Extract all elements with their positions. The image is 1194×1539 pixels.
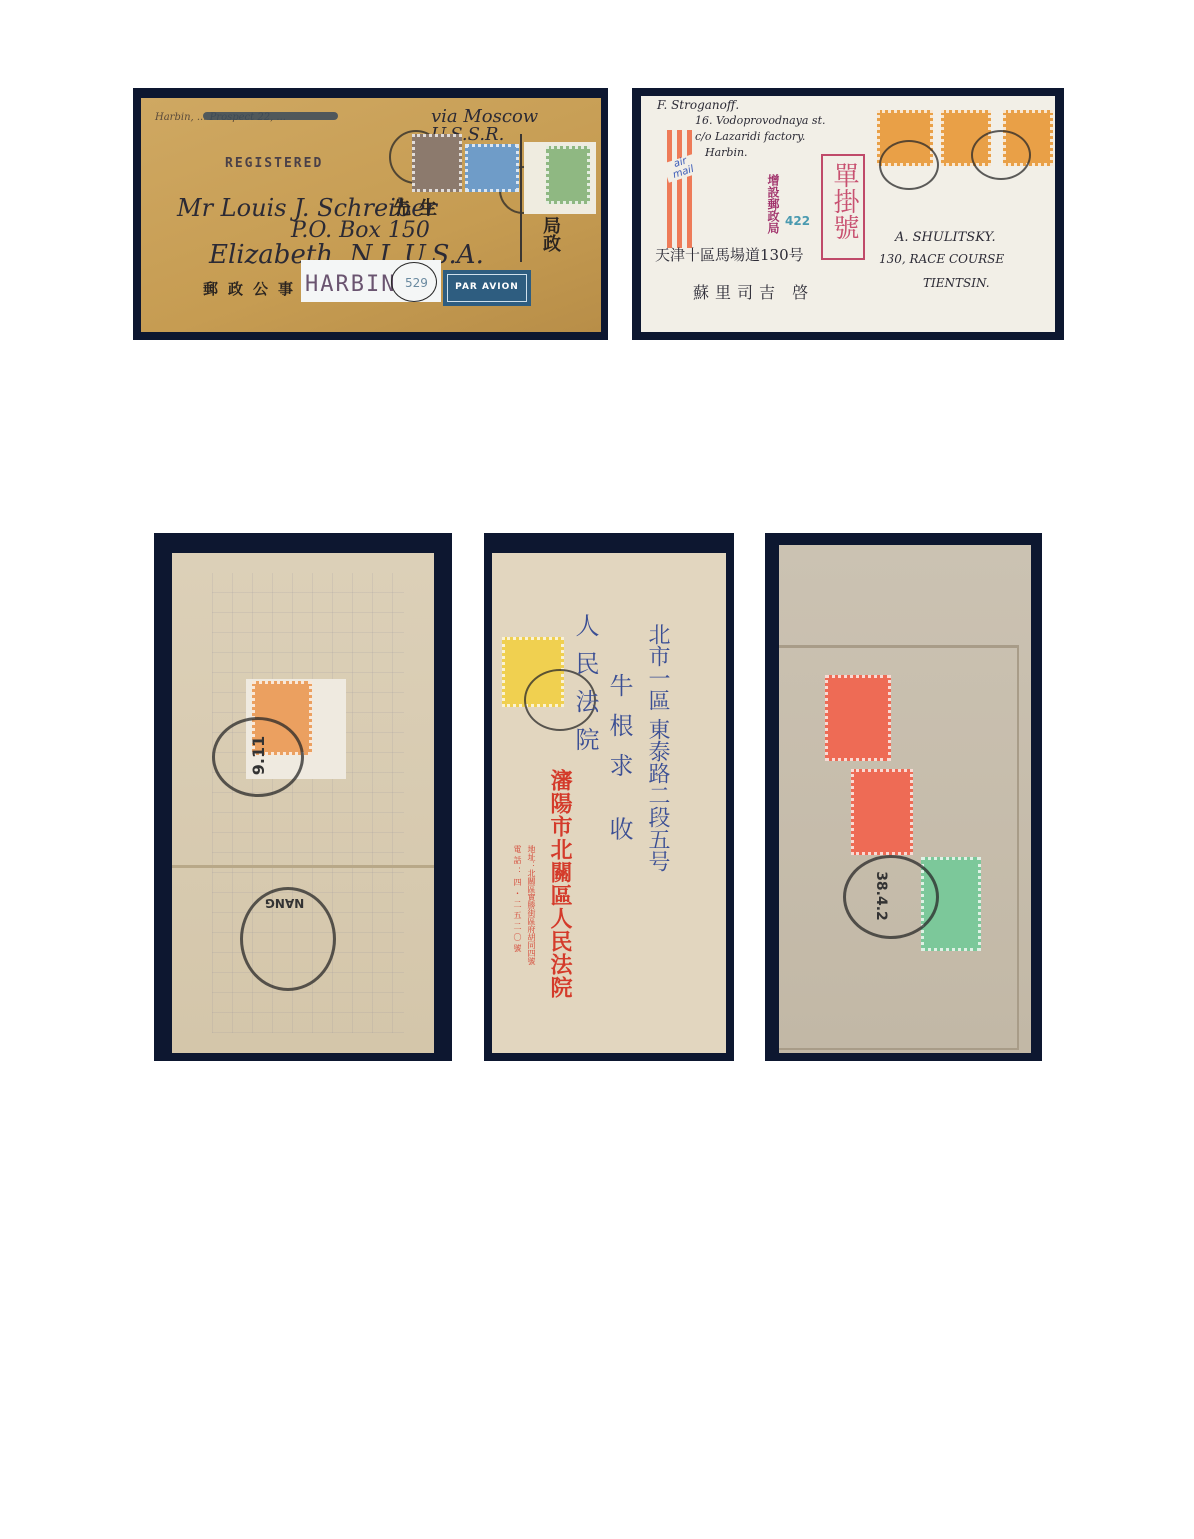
shenyang-court-cover: 北市一區 東泰路二段五号 人民法院 牛根求 收 瀋陽市北關區人民法院 地址：北關… <box>492 553 726 1053</box>
postmark-upper-date: 9.11 <box>249 736 268 775</box>
cover-harbin-to-tientsin: F. Stroganoff. 16. Vodoprovodnaya st. c/… <box>641 96 1055 332</box>
printed-title-cjk: 瀋陽市北關區人民法院 <box>544 769 575 999</box>
post-office-cjk: 局政 <box>537 216 563 252</box>
stamp-blue-landscape <box>465 144 519 192</box>
violet-mark-cjk: 增設郵政局 <box>765 174 782 234</box>
red-box-cjk: 單掛號 <box>829 162 859 240</box>
cjk-name: 蘇里司吉 啓 <box>693 280 814 303</box>
fold-line <box>172 865 434 868</box>
handwritten-cjk-center: 牛根求 收 <box>602 673 637 857</box>
handwritten-cjk-right: 北市一區 東泰路二段五号 <box>642 623 672 943</box>
stamp-brown-portrait <box>412 134 462 192</box>
postmark: 38.4.2 <box>843 855 939 939</box>
printed-phone-cjk: 電話：四・二五二〇號 <box>512 845 523 955</box>
airmail-stripes <box>667 130 693 248</box>
postmark-lower: NANG <box>240 887 336 991</box>
red-box-mark: 單掛號 <box>821 154 865 260</box>
cjk-address: 天津十區馬場道130号 <box>655 244 804 265</box>
handwritten-cjk-left: 人民法院 <box>568 613 603 765</box>
stamp-red-portrait-2 <box>851 769 913 855</box>
teal-number: 422 <box>785 214 810 228</box>
cover-frame-5: 38.4.2 <box>765 533 1042 1061</box>
registered-mark: REGISTERED <box>225 156 323 171</box>
sender-line-1: F. Stroganoff. <box>657 98 739 112</box>
postmark-lower-text: NANG <box>265 896 304 910</box>
addressee-line-2: 130, RACE COURSE <box>879 252 1004 266</box>
cover-frame-4: 北市一區 東泰路二段五号 人民法院 牛根求 收 瀋陽市北關區人民法院 地址：北關… <box>484 533 734 1061</box>
postmark <box>971 130 1031 180</box>
postmark-date: 38.4.2 <box>873 871 889 921</box>
sender-line-4: Harbin. <box>705 146 748 159</box>
stamp-red-portrait-1 <box>825 675 891 761</box>
cover-harbin-to-usa: Harbin, ... Prospect 22, ... via Moscow … <box>141 98 601 332</box>
folded-letter-red-green: 38.4.2 <box>779 545 1031 1053</box>
postmark <box>879 140 939 190</box>
mail-line <box>520 134 522 262</box>
registration-city: HARBIN <box>305 272 396 297</box>
sender-line-2: 16. Vodoprovodnaya st. <box>695 114 826 127</box>
printed-address-cjk: 地址：北關區實勝街區府胡同四號 <box>526 845 537 965</box>
addressee-line-3: TIENTSIN. <box>923 276 990 290</box>
folded-letter-orange: 9.11 NANG <box>172 553 434 1053</box>
official-mark-cjk: 郵政公事 <box>203 278 303 299</box>
sender-line-3: c/o Lazaridi factory. <box>695 130 805 143</box>
stamp-green-portrait <box>546 146 590 204</box>
honorific-cjk: 先生 <box>393 194 445 220</box>
cover-frame-2: F. Stroganoff. 16. Vodoprovodnaya st. c/… <box>632 88 1064 340</box>
crossed-out-text <box>203 112 338 120</box>
cover-frame-3: 9.11 NANG <box>154 533 452 1061</box>
airmail-text: PAR AVION <box>445 282 529 292</box>
postmark-upper: 9.11 <box>212 717 304 797</box>
registration-ring <box>391 262 437 302</box>
cover-frame-1: Harbin, ... Prospect 22, ... via Moscow … <box>133 88 608 340</box>
registration-label: HARBIN 529 <box>301 260 441 302</box>
airmail-label: PAR AVION <box>443 270 531 306</box>
addressee-line-1: A. SHULITSKY. <box>895 230 996 245</box>
